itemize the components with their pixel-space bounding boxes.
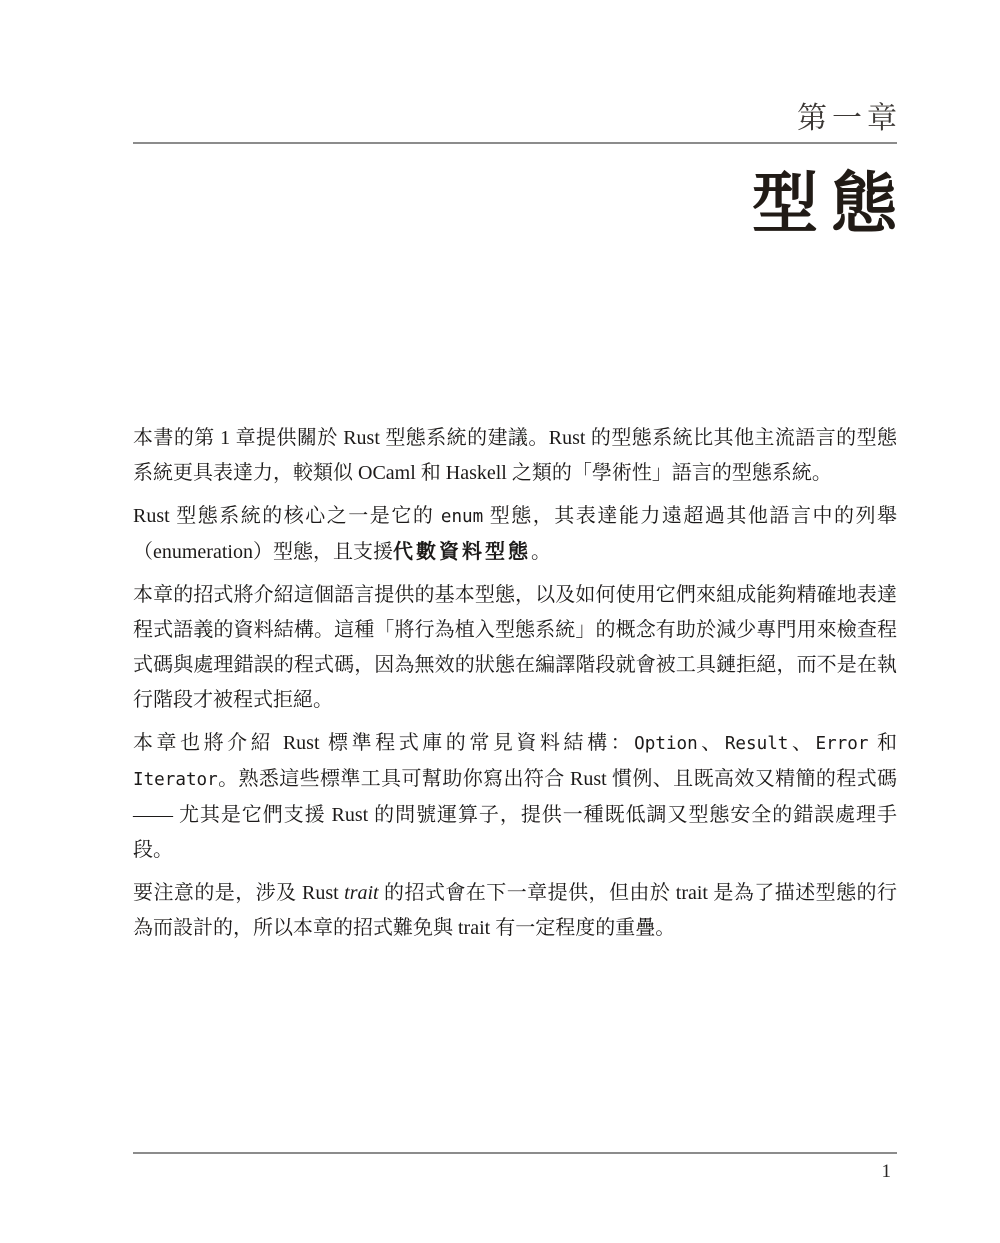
emphasis-term: 代數資料型態 <box>393 541 531 563</box>
body-text: 本書的第 1 章提供關於 Rust 型態系統的建議。Rust 的型態系統比其他主… <box>133 421 897 954</box>
chapter-label: 第一章 <box>133 100 897 138</box>
text-run: 、 <box>698 732 725 754</box>
header-rule <box>133 142 897 144</box>
code-inline: Error <box>815 734 868 754</box>
chapter-title-text: 型態 <box>752 165 910 242</box>
code-inline: Option <box>634 734 698 754</box>
book-page: 第一章 型態 本書的第 1 章提供關於 Rust 型態系統的建議。Rust 的型… <box>0 0 1000 1243</box>
code-inline: Result <box>725 734 789 754</box>
footer-rule <box>133 1152 897 1154</box>
text-run: 和 <box>868 732 897 754</box>
text-run: 本書的第 1 章提供關於 Rust 型態系統的建議。Rust 的型態系統比其他主… <box>133 427 897 484</box>
code-inline: Iterator <box>133 770 218 790</box>
italic-term: trait <box>344 882 378 904</box>
body-paragraph: Rust 型態系統的核心之一是它的 enum 型態，其表達能力遠超過其他語言中的… <box>133 499 897 570</box>
text-run: 本章的招式將介紹這個語言提供的基本型態，以及如何使用它們來組成能夠精確地表達程式… <box>133 584 897 711</box>
body-paragraph: 本章的招式將介紹這個語言提供的基本型態，以及如何使用它們來組成能夠精確地表達程式… <box>133 578 897 718</box>
text-run: 。 <box>531 541 551 563</box>
page-number: 1 <box>133 1159 897 1185</box>
body-paragraph: 要注意的是，涉及 Rust trait 的招式會在下一章提供，但由於 trait… <box>133 876 897 946</box>
text-run: 。熟悉這些標準工具可幫助你寫出符合 Rust 慣例、且既高效又精簡的程式碼 ——… <box>133 768 897 861</box>
chapter-label-text: 第一章 <box>797 102 902 135</box>
text-run: 要注意的是，涉及 Rust <box>133 882 344 904</box>
body-paragraph: 本書的第 1 章提供關於 Rust 型態系統的建議。Rust 的型態系統比其他主… <box>133 421 897 491</box>
chapter-title: 型態 <box>133 163 897 245</box>
body-paragraph: 本章也將介紹 Rust 標準程式庫的常見資料結構：Option、Result、E… <box>133 726 897 868</box>
code-inline: enum <box>441 507 483 527</box>
text-run: Rust 型態系統的核心之一是它的 <box>133 505 441 527</box>
text-run: 、 <box>788 732 815 754</box>
text-run: 本章也將介紹 Rust 標準程式庫的常見資料結構： <box>133 732 634 754</box>
